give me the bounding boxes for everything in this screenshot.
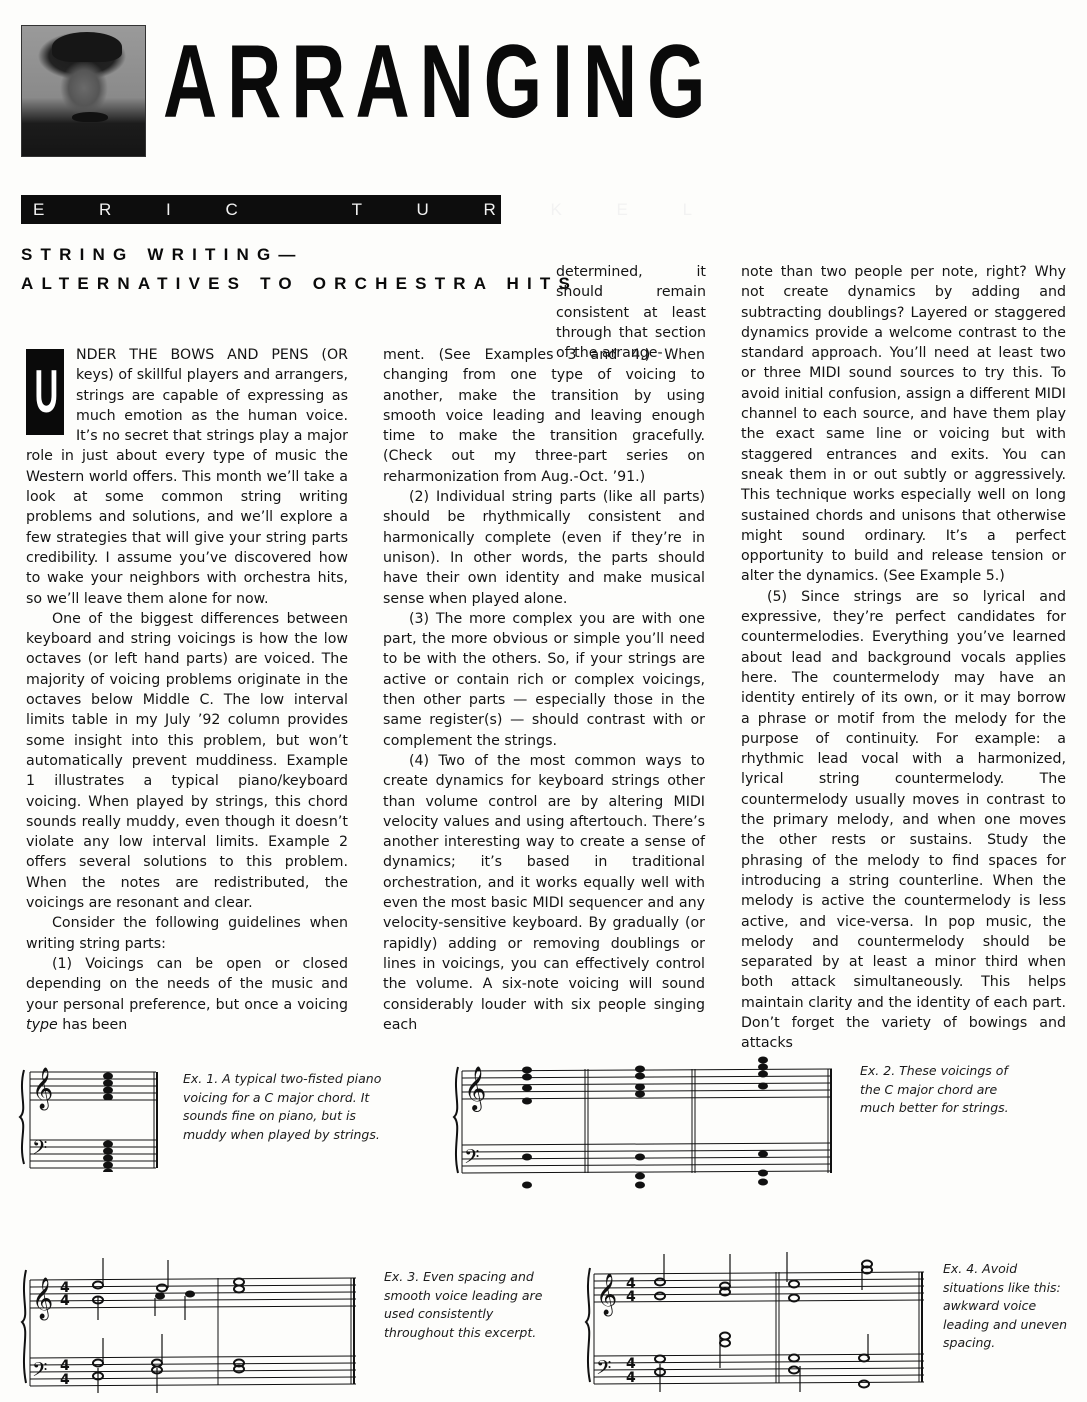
paragraph-guideline-5: (5) Since strings are so lyrical and exp… (741, 587, 1066, 1054)
svg-text:4: 4 (60, 1293, 70, 1309)
svg-text:𝄞: 𝄞 (596, 1273, 617, 1316)
paragraph-intro: NDER THE BOWS AND PENS (OR keys) of skil… (26, 345, 348, 609)
photo-hair (52, 32, 122, 62)
paragraph-guideline-4-cont: note than two people per note, right? Wh… (741, 262, 1066, 587)
svg-text:𝄞: 𝄞 (32, 1277, 53, 1320)
svg-text:4: 4 (60, 1372, 70, 1388)
music-example-2: 𝄞 𝄢 (452, 1055, 842, 1195)
paragraph-guideline-2: (2) Individual string parts (like all pa… (383, 487, 705, 609)
example-1-caption: Ex. 1. A typical two-fisted piano voicin… (183, 1070, 383, 1144)
paragraph-voicings: One of the biggest differences between k… (26, 609, 348, 913)
drop-cap: U (26, 349, 64, 435)
section-title: ARRANGING (163, 30, 715, 134)
article-column-3: note than two people per note, right? Wh… (741, 262, 1066, 1054)
svg-text:𝄢: 𝄢 (32, 1358, 47, 1386)
music-example-1: 𝄞 𝄢 (18, 1062, 163, 1172)
headline-line-2: ALTERNATIVES TO ORCHESTRA HITS (21, 274, 578, 294)
article-column-1: U NDER THE BOWS AND PENS (OR keys) of sk… (26, 345, 348, 1035)
example-4-caption: Ex. 4. Avoid situations like this: awkwa… (943, 1260, 1068, 1353)
paragraph-guideline-3: (3) The more complex you are with one pa… (383, 609, 705, 751)
svg-text:𝄢: 𝄢 (464, 1145, 479, 1173)
paragraph-guideline-4: (4) Two of the most common ways to creat… (383, 751, 705, 1035)
photo-mustache (72, 112, 108, 122)
paragraph-guideline-1-cont: ment. (See Examples 3 and 4.) When chang… (383, 345, 705, 487)
paragraph-guideline-1: (1) Voicings can be open or closed depen… (26, 954, 348, 1035)
article-column-2: ment. (See Examples 3 and 4.) When chang… (383, 345, 705, 1035)
svg-text:4: 4 (626, 1289, 636, 1305)
example-3-caption: Ex. 3. Even spacing and smooth voice lea… (384, 1268, 554, 1342)
svg-text:𝄞: 𝄞 (464, 1066, 486, 1112)
author-byline: E R I C T U R K E L (21, 195, 501, 224)
example-2-caption: Ex. 2. These voicings of the C major cho… (860, 1062, 1020, 1118)
svg-text:𝄢: 𝄢 (32, 1136, 47, 1164)
paragraph-guidelines: Consider the following guidelines when w… (26, 913, 348, 954)
headline-line-1: STRING WRITING— (21, 245, 304, 265)
svg-text:𝄞: 𝄞 (32, 1067, 53, 1110)
svg-text:𝄢: 𝄢 (596, 1356, 611, 1384)
music-example-4: 𝄞 𝄢 4444 (582, 1252, 932, 1392)
music-example-3: 𝄞 𝄢 4444 (18, 1258, 363, 1393)
svg-text:4: 4 (626, 1370, 636, 1386)
author-photo (21, 25, 146, 157)
